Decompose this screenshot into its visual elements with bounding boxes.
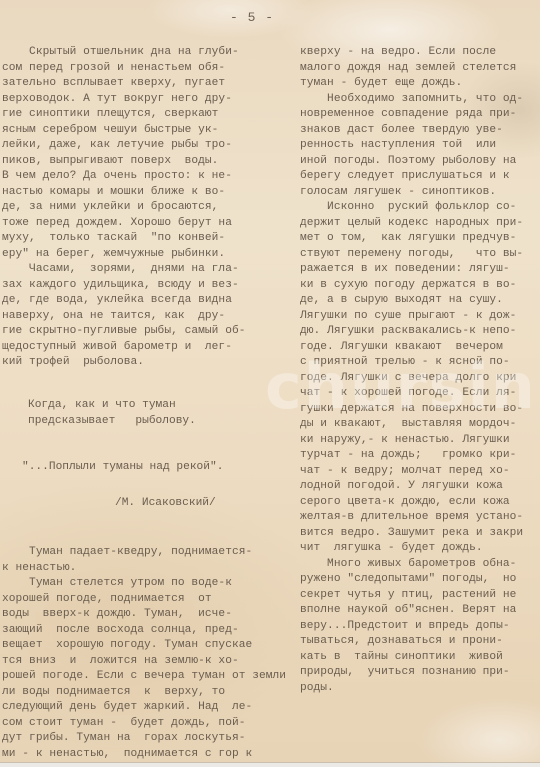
text-line: де, за ними уклейки и бросаются, xyxy=(2,200,246,216)
text-line: щедоступный живой барометр и лег- xyxy=(2,340,246,356)
right-column: кверху - на ведро. Если послемалого дожд… xyxy=(300,45,523,696)
text-line: ми - к ненастью, поднимается с гор к xyxy=(2,747,286,763)
text-line: хорошей погоде, поднимается от xyxy=(2,592,286,608)
text-line: гие скрытно-пугливые рыбы, самый об- xyxy=(2,324,246,340)
text-line: верховодок. А тут вокруг него дру- xyxy=(2,92,246,108)
section-heading: Когда, как и что туманпредсказывает рыбо… xyxy=(28,397,196,428)
text-line: Скрытый отшельник дна на глуби- xyxy=(2,45,246,61)
text-line: ли воды поднимается к верху, то xyxy=(2,685,286,701)
text-line: Необходимо запомнить, что од- xyxy=(300,92,523,108)
text-line: новременное совпадение ряда при- xyxy=(300,107,523,123)
text-line: держит целый кодекс народных при- xyxy=(300,216,523,232)
text-line: чит лягушка - будет дождь. xyxy=(300,541,523,557)
text-line: настью комары и мошки ближе к во- xyxy=(2,185,246,201)
text-line: роды. xyxy=(300,681,523,697)
text-line: к ненастью. xyxy=(2,561,286,577)
text-line: Туман стелется утром по воде-к xyxy=(2,576,286,592)
text-line: вещает хорошую погоду. Туман спускае xyxy=(2,638,286,654)
text-line: голосам лягушек - синоптиков. xyxy=(300,185,523,201)
text-line: предсказывает рыболову. xyxy=(28,413,196,429)
left-column-bottom: Туман падает-кведру, поднимается-к ненас… xyxy=(2,545,286,762)
text-line: кать в тайны синоптики живой xyxy=(300,650,523,666)
text-line: берегу следует прислушаться и к xyxy=(300,169,523,185)
text-line: сом перед грозой и ненастьем обя- xyxy=(2,61,246,77)
text-line: дю. Лягушки расквакались-к непо- xyxy=(300,324,523,340)
text-line: Туман падает-кведру, поднимается- xyxy=(2,545,286,561)
text-line: серого цвета-к дождю, если кожа xyxy=(300,495,523,511)
text-line: с приятной трелью - к ясной по- xyxy=(300,355,523,371)
text-line: мет о том, как лягушки предчув- xyxy=(300,231,523,247)
text-line: иной погоды. Поэтому рыболову на xyxy=(300,154,523,170)
epigraph-author: /М. Исаковский/ xyxy=(115,497,216,509)
text-line: де, где вода, уклейка всегда видна xyxy=(2,293,246,309)
left-column-top: Скрытый отшельник дна на глуби-сом перед… xyxy=(2,45,246,371)
text-line: В чем дело? Да очень просто: к не- xyxy=(2,169,246,185)
text-line: годе. Лягушки с вечера долго кри xyxy=(300,371,523,387)
text-line: зательно всплывает кверху, пугает xyxy=(2,76,246,92)
text-line: секрет чутья у птиц, растений не xyxy=(300,588,523,604)
typewritten-page: - 5 - Скрытый отшельник дна на глуби-сом… xyxy=(0,0,540,763)
text-line: турчат - на дождь; громко кри- xyxy=(300,448,523,464)
text-line: тся вниз и ложится на землю-к хо- xyxy=(2,654,286,670)
text-line: наверху, она не таится, как дру- xyxy=(2,309,246,325)
text-line: Исконно руский фольклор со- xyxy=(300,200,523,216)
text-line: гушки держатся на поверхности во- xyxy=(300,402,523,418)
text-line: следующий день будет жаркий. Над ле- xyxy=(2,700,286,716)
page-number: - 5 - xyxy=(230,10,274,25)
text-line: Лягушки по суше прыгают - к дож- xyxy=(300,309,523,325)
text-line: туман - будет еще дождь. xyxy=(300,76,523,92)
text-line: ружено "следопытами" погоды, но xyxy=(300,572,523,588)
epigraph-quote: "...Поплыли туманы над рекой". xyxy=(22,461,223,473)
text-line: желтая-в длительное время устано- xyxy=(300,510,523,526)
text-line: вится ведро. Зашумит река и закри xyxy=(300,526,523,542)
text-line: ды и квакают, выставляя мордоч- xyxy=(300,417,523,433)
text-line: муху, только таскай "по конвей- xyxy=(2,231,246,247)
text-line: Часами, зорями, днями на гла- xyxy=(2,262,246,278)
text-line: де, а в сырую выходят на сушу. xyxy=(300,293,523,309)
text-line: лодной погодой. У лягушки кожа xyxy=(300,479,523,495)
text-line: дут грибы. Туман на горах лоскутья- xyxy=(2,731,286,747)
text-line: лейки, даже, как летучие рыбы тро- xyxy=(2,138,246,154)
text-line: Когда, как и что туман xyxy=(28,397,196,413)
text-line: чат - к хорошей погоде. Если ля- xyxy=(300,386,523,402)
text-line: тоже перед дождем. Хорошо берут на xyxy=(2,216,246,232)
text-line: пиков, выпрыгивают поверх воды. xyxy=(2,154,246,170)
text-line: ренность наступления той или xyxy=(300,138,523,154)
text-line: зах каждого удильщика, всюду и вез- xyxy=(2,278,246,294)
text-line: тываться, дознаваться и прони- xyxy=(300,634,523,650)
text-line: ки в сухую погоду держатся в во- xyxy=(300,278,523,294)
text-line: ки наружу,- к ненастью. Лягушки xyxy=(300,433,523,449)
text-line: рошей погоде. Если с вечера туман от зем… xyxy=(2,669,286,685)
text-line: знаков даст более твердую уве- xyxy=(300,123,523,139)
text-line: природы, учиться познанию при- xyxy=(300,665,523,681)
text-line: ражается в их поведении: лягуш- xyxy=(300,262,523,278)
text-line: ствуют перемену погоды, что вы- xyxy=(300,247,523,263)
text-line: веру...Предстоит и впредь допы- xyxy=(300,619,523,635)
text-line: зающий после восхода солнца, пред- xyxy=(2,623,286,639)
text-line: чат - к ведру; молчат перед хо- xyxy=(300,464,523,480)
text-line: сом стоит туман - будет дождь, пой- xyxy=(2,716,286,732)
text-line: кверху - на ведро. Если после xyxy=(300,45,523,61)
text-line: еру" на берег, жемчужные рыбинки. xyxy=(2,247,246,263)
text-line: вполне наукой об"яснен. Верят на xyxy=(300,603,523,619)
text-line: воды вверх-к дождю. Туман, исче- xyxy=(2,607,286,623)
text-line: малого дождя над землей стелется xyxy=(300,61,523,77)
text-line: гие синоптики плещутся, сверкают xyxy=(2,107,246,123)
text-line: ясным серебром чешуи быстрые ук- xyxy=(2,123,246,139)
text-line: Много живых барометров обна- xyxy=(300,557,523,573)
text-line: годе. Лягушки квакают вечером xyxy=(300,340,523,356)
text-line: кий трофей рыболова. xyxy=(2,355,246,371)
